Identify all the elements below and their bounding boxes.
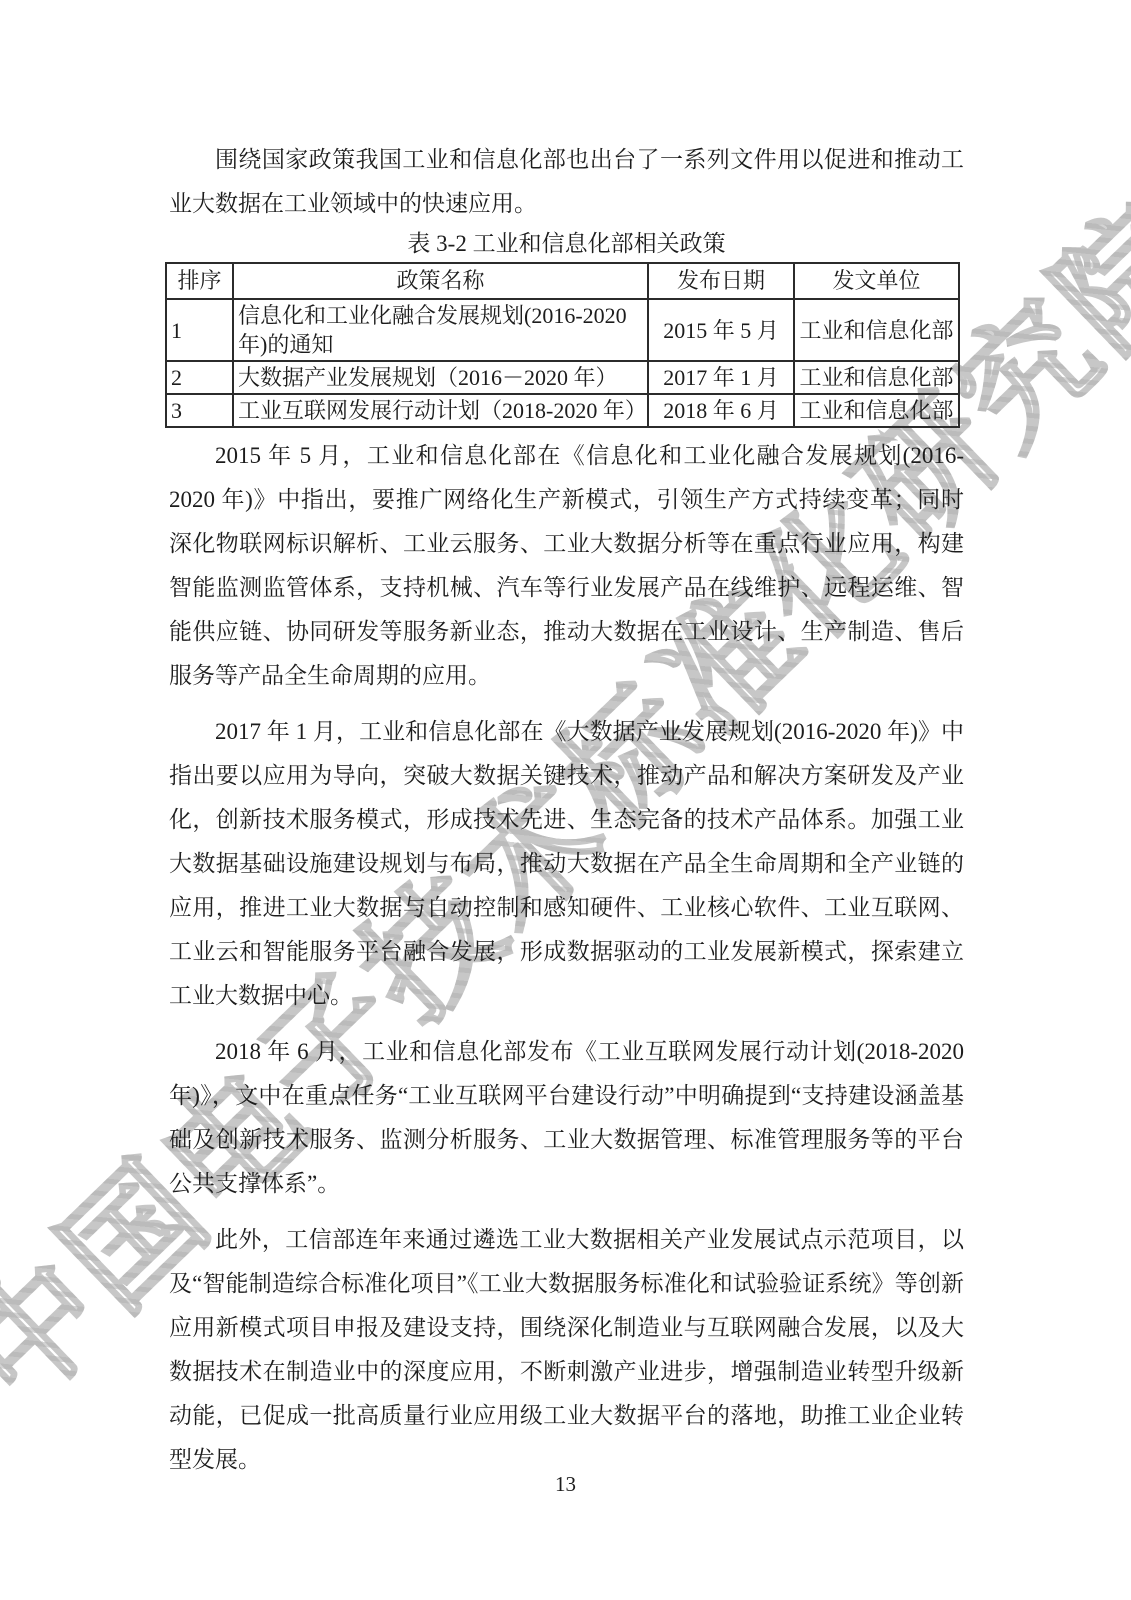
document-page: { "page": { "number": "13", "watermark":… bbox=[0, 0, 1131, 1600]
cell-date: 2017 年 1 月 bbox=[648, 361, 794, 394]
page-number: 13 bbox=[0, 1472, 1131, 1497]
cell-policy: 大数据产业发展规划（2016－2020 年） bbox=[233, 361, 648, 394]
table-caption: 表 3-2 工业和信息化部相关政策 bbox=[169, 226, 964, 262]
cell-policy: 工业互联网发展行动计划（2018-2020 年） bbox=[233, 394, 648, 427]
paragraph-2017-plan: 2017 年 1 月，工业和信息化部在《大数据产业发展规划(2016-2020 … bbox=[169, 710, 964, 1018]
intro-paragraph: 围绕国家政策我国工业和信息化部也出台了一系列文件用以促进和推动工业大数据在工业领… bbox=[169, 138, 964, 226]
cell-index: 2 bbox=[166, 361, 233, 394]
col-header-date: 发布日期 bbox=[648, 263, 794, 299]
paragraph-miit-pilots: 此外，工信部连年来通过遴选工业大数据相关产业发展试点示范项目，以及“智能制造综合… bbox=[169, 1218, 964, 1482]
cell-date: 2015 年 5 月 bbox=[648, 299, 794, 361]
cell-policy: 信息化和工业化融合发展规划(2016-2020 年)的通知 bbox=[233, 299, 648, 361]
col-header-index: 排序 bbox=[166, 263, 233, 299]
paragraph-2015-plan: 2015 年 5 月，工业和信息化部在《信息化和工业化融合发展规划(2016-2… bbox=[169, 434, 964, 698]
cell-issuer: 工业和信息化部 bbox=[794, 361, 959, 394]
cell-issuer: 工业和信息化部 bbox=[794, 394, 959, 427]
col-header-issuer: 发文单位 bbox=[794, 263, 959, 299]
table-header-row: 排序 政策名称 发布日期 发文单位 bbox=[166, 263, 959, 299]
cell-index: 3 bbox=[166, 394, 233, 427]
cell-index: 1 bbox=[166, 299, 233, 361]
table-row: 1 信息化和工业化融合发展规划(2016-2020 年)的通知 2015 年 5… bbox=[166, 299, 959, 361]
cell-issuer: 工业和信息化部 bbox=[794, 299, 959, 361]
paragraph-2018-plan: 2018 年 6 月，工业和信息化部发布《工业互联网发展行动计划(2018-20… bbox=[169, 1030, 964, 1206]
policy-table: 排序 政策名称 发布日期 发文单位 1 信息化和工业化融合发展规划(2016-2… bbox=[165, 262, 960, 428]
col-header-policy: 政策名称 bbox=[233, 263, 648, 299]
document-body: 围绕国家政策我国工业和信息化部也出台了一系列文件用以促进和推动工业大数据在工业领… bbox=[169, 138, 964, 1494]
table-row: 2 大数据产业发展规划（2016－2020 年） 2017 年 1 月 工业和信… bbox=[166, 361, 959, 394]
cell-date: 2018 年 6 月 bbox=[648, 394, 794, 427]
table-row: 3 工业互联网发展行动计划（2018-2020 年） 2018 年 6 月 工业… bbox=[166, 394, 959, 427]
